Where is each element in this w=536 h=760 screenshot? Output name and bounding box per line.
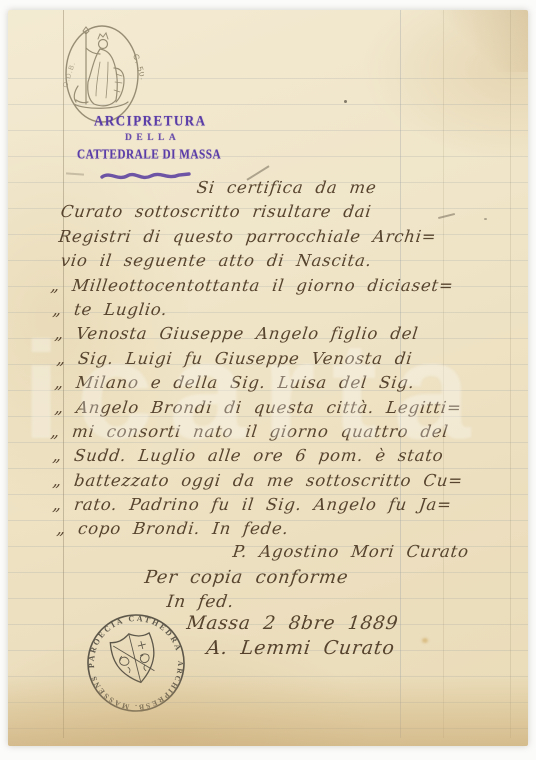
signature: A. Lemmi Curato	[205, 637, 396, 659]
seal-side-letters: O.D.B.	[62, 61, 77, 89]
manuscript-line: „ te Luglio.	[52, 300, 169, 319]
paper-crease	[443, 10, 444, 738]
age-band	[8, 674, 528, 746]
corner-fold-shade	[433, 10, 528, 72]
manuscript-line: „ copo Brondi. In fede.	[56, 519, 290, 538]
paper-crease	[510, 10, 511, 738]
stamp-underline-flourish	[100, 168, 192, 184]
manuscript-line: „ Milano e della Sig. Luisa del Sig.	[54, 373, 416, 392]
attestation-line: P. Agostino Mori Curato	[232, 542, 470, 561]
manuscript-line: Si certifica da me	[196, 178, 378, 197]
dateline: Massa 2 8bre 1889	[185, 613, 399, 634]
manuscript-line: Registri di questo parrocchiale Archi=	[58, 227, 438, 246]
italia-figure-emblem	[66, 26, 138, 122]
manuscript-line: „ Angelo Brondi di questa città. Legitti…	[54, 398, 463, 417]
copy-conforme-line: Per copia conforme	[143, 567, 349, 588]
manuscript-line: Curato sottoscritto risultare dai	[60, 202, 373, 221]
office-stamp-line-3: CATTEDRALE DI MASSA	[77, 146, 221, 163]
paper-sheet: C. 50. O.D.B. ARCIPRETURA DELLA CATTEDRA…	[8, 10, 528, 746]
paper-stain	[422, 638, 428, 643]
ink-speck	[344, 100, 347, 103]
manuscript-line: „ Venosta Giuseppe Angelo figlio del	[54, 324, 420, 343]
office-stamp-line-1: ARCIPRETURA	[94, 112, 207, 130]
manuscript-line: vio il seguente atto di Nascita.	[60, 251, 373, 270]
manuscript-line: „ rato. Padrino fu il Sig. Angelo fu Ja=	[52, 495, 453, 514]
manuscript-line: „ Milleottocentottanta il giorno diciase…	[50, 276, 455, 295]
manuscript-line: „ Sig. Luigi fu Giuseppe Venosta di	[56, 349, 414, 368]
manuscript-line: „ mi consorti nato il giorno quattro del	[50, 422, 450, 441]
photo-frame: C. 50. O.D.B. ARCIPRETURA DELLA CATTEDRA…	[0, 0, 536, 760]
office-stamp-line-2: DELLA	[125, 133, 180, 143]
revenue-seal: C. 50. O.D.B.	[56, 22, 144, 126]
manuscript-line: „ battezzato oggi da me sottoscritto Cu=	[52, 471, 464, 490]
manuscript-line: „ Sudd. Luglio alle ore 6 pom. è stato	[52, 446, 445, 465]
pencil-mark	[484, 218, 487, 220]
